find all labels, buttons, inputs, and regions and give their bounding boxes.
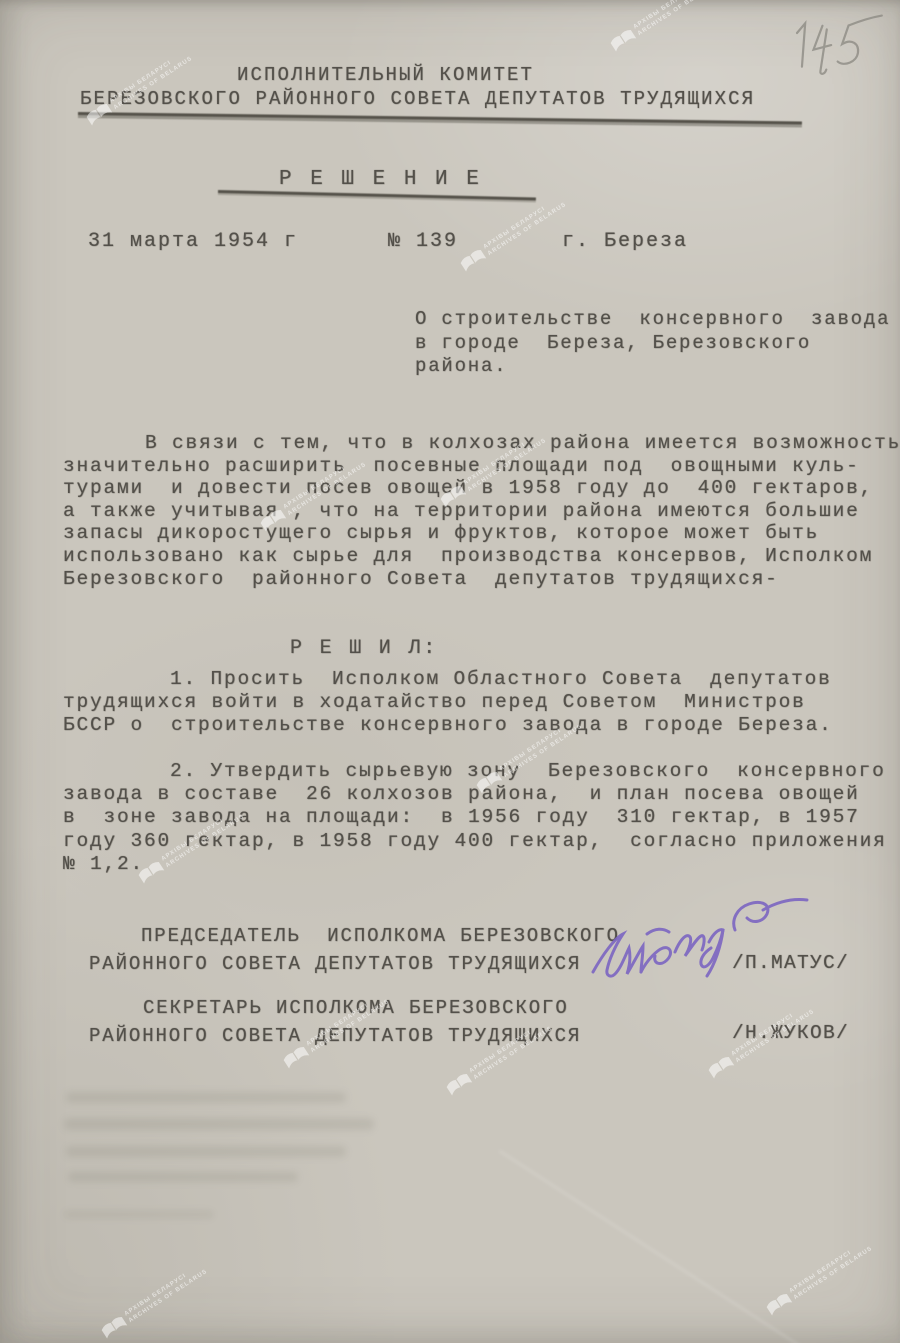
- paper-crease: [499, 1150, 802, 1343]
- archive-watermark-text: АРХІВЫ БЕЛАРУСІ ARCHIVES OF BELARUS: [632, 0, 718, 37]
- secretary-role-line1: СЕКРЕТАРЬ ИСПОЛКОМА БЕРЕЗОВСКОГО: [143, 997, 569, 1019]
- doc-header-line1: ИСПОЛНИТЕЛЬНЫЙ КОМИТЕТ: [237, 64, 534, 86]
- subject-block-line: О строительстве консервного завода: [415, 308, 890, 332]
- preamble-block-line: использовано как сырье для производства …: [63, 545, 900, 568]
- archive-watermark: АРХІВЫ БЕЛАРУСІ ARCHIVES OF BELARUS: [98, 1260, 210, 1341]
- title-underline: [218, 190, 536, 200]
- item2-block-line: в зоне завода на площади: в 1956 году 31…: [63, 806, 887, 829]
- item2-block-line: году 360 гектар, в 1958 году 400 гектар,…: [63, 830, 887, 853]
- archive-watermark-line2: ARCHIVES OF BELARUS: [793, 1245, 874, 1301]
- item2-block-line: завода в составе 26 колхозов района, и п…: [63, 783, 887, 806]
- preamble-block-line: а также учитывая , что на территории рай…: [63, 500, 900, 523]
- subject-block-line: в городе Береза, Березовского: [415, 332, 890, 356]
- item1-block-line: 1. Просить Исполком Областного Совета де…: [63, 668, 833, 691]
- archive-watermark: АРХІВЫ БЕЛАРУСІ ARCHIVES OF BELARUS: [457, 193, 569, 274]
- scanned-document-page: ИСПОЛНИТЕЛЬНЫЙ КОМИТЕТ БЕРЕЗОВСКОГО РАЙО…: [0, 0, 900, 1343]
- doc-date: 31 марта 1954 г: [88, 230, 298, 253]
- chairman-role-line1: ПРЕДСЕДАТЕЛЬ ИСПОЛКОМА БЕРЕЗОВСКОГО: [141, 925, 620, 947]
- subject-block-line: района.: [415, 355, 890, 379]
- open-book-icon: [705, 1052, 737, 1081]
- open-book-icon: [457, 245, 489, 274]
- bleed-through-text: [64, 1210, 214, 1219]
- archive-watermark-line1: АРХІВЫ БЕЛАРУСІ: [123, 1261, 204, 1317]
- chairman-role-line2: РАЙОННОГО СОВЕТА ДЕПУТАТОВ ТРУДЯЩИХСЯ: [89, 953, 581, 975]
- preamble-block-line: Березовского районного Совета депутатов …: [63, 568, 900, 591]
- open-book-icon: [763, 1289, 795, 1318]
- open-book-icon: [607, 25, 639, 54]
- secretary-role-line2: РАЙОННОГО СОВЕТА ДЕПУТАТОВ ТРУДЯЩИХСЯ: [89, 1025, 581, 1047]
- bleed-through-text: [68, 1172, 298, 1182]
- preamble-block-line: В связи с тем, что в колхозах района име…: [63, 432, 900, 455]
- doc-place: г. Береза: [562, 230, 688, 253]
- item1-block-line: трудящихся войти в ходатайство перед Сов…: [63, 691, 833, 714]
- item1-block: 1. Просить Исполком Областного Совета де…: [63, 668, 833, 738]
- header-underline: [78, 112, 802, 124]
- secretary-name: /Н.ЖУКОВ/: [732, 1022, 849, 1044]
- bleed-through-text: [66, 1092, 346, 1103]
- item2-block-line: 2. Утвердить сырьевую зону Березовского …: [63, 760, 887, 783]
- archive-watermark: АРХІВЫ БЕЛАРУСІ ARCHIVES OF BELARUS: [607, 0, 719, 55]
- item1-block-line: БССР о строительстве консервного завода …: [63, 714, 833, 737]
- resolved-heading: Р Е Ш И Л:: [290, 637, 438, 660]
- subject-block: О строительстве консервного заводав горо…: [415, 308, 890, 379]
- archive-watermark-text: АРХІВЫ БЕЛАРУСІ ARCHIVES OF BELARUS: [482, 194, 568, 257]
- preamble-block-line: турами и довести посев овощей в 1958 год…: [63, 477, 900, 500]
- archive-watermark: АРХІВЫ БЕЛАРУСІ ARCHIVES OF BELARUS: [763, 1237, 875, 1318]
- preamble-block-line: запасы дикоростущего сырья и фруктов, ко…: [63, 522, 900, 545]
- preamble-block: В связи с тем, что в колхозах района име…: [63, 432, 900, 590]
- archive-watermark-line2: ARCHIVES OF BELARUS: [128, 1268, 209, 1324]
- handwritten-signature: [585, 890, 825, 985]
- preamble-block-line: значительно расширить посевные площади п…: [63, 455, 900, 478]
- item2-block: 2. Утвердить сырьевую зону Березовского …: [63, 760, 887, 876]
- bleed-through-text: [64, 1118, 374, 1130]
- doc-title: Р Е Ш Е Н И Е: [279, 168, 482, 191]
- archive-watermark-line1: АРХІВЫ БЕЛАРУСІ: [632, 0, 713, 31]
- archive-watermark-line1: АРХІВЫ БЕЛАРУСІ: [482, 194, 563, 250]
- doc-header-line2: БЕРЕЗОВСКОГО РАЙОННОГО СОВЕТА ДЕПУТАТОВ …: [80, 88, 755, 110]
- doc-number: № 139: [388, 230, 458, 253]
- archive-watermark-text: АРХІВЫ БЕЛАРУСІ ARCHIVES OF BELARUS: [788, 1238, 874, 1301]
- archive-watermark-line2: ARCHIVES OF BELARUS: [637, 0, 718, 37]
- archive-watermark-text: АРХІВЫ БЕЛАРУСІ ARCHIVES OF BELARUS: [123, 1261, 209, 1324]
- open-book-icon: [98, 1312, 130, 1341]
- open-book-icon: [443, 1069, 475, 1098]
- archive-watermark-line2: ARCHIVES OF BELARUS: [487, 201, 568, 257]
- bleed-through-text: [66, 1146, 346, 1157]
- item2-block-line: № 1,2.: [63, 853, 887, 876]
- page-number-handwritten: [770, 7, 895, 79]
- archive-watermark-line1: АРХІВЫ БЕЛАРУСІ: [788, 1238, 869, 1294]
